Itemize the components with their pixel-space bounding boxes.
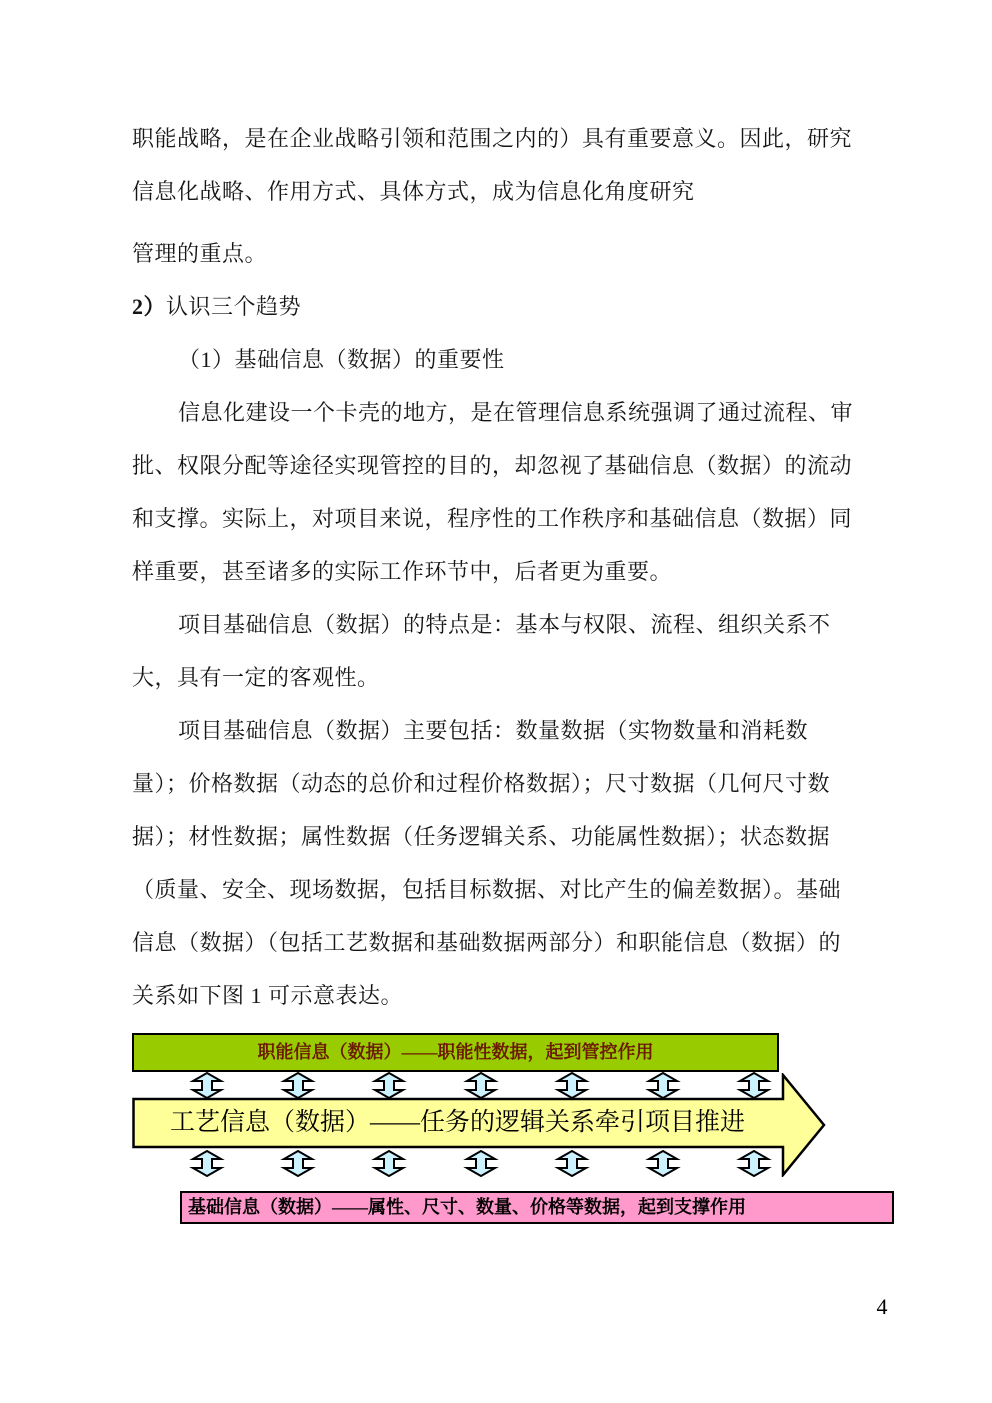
paragraph-line: 职能战略，是在企业战略引领和范围之内的）具有重要意义。因此，研究 [132, 112, 864, 165]
connector-row [189, 1150, 829, 1177]
double-arrow-icon [189, 1150, 225, 1177]
document-page: 职能战略，是在企业战略引领和范围之内的）具有重要意义。因此，研究 信息化战略、作… [0, 0, 992, 1403]
paragraph-line: 项目基础信息（数据）主要包括：数量数据（实物数量和消耗数 [132, 704, 864, 757]
figure-1-diagram: 职能信息（数据）——职能性数据，起到管控作用 工艺信息（数据）——任务的逻辑关系… [132, 1033, 864, 1228]
paragraph-line: 信息化建设一个卡壳的地方，是在管理信息系统强调了通过流程、审 [132, 386, 864, 439]
basic-info-bar: 基础信息（数据）——属性、尺寸、数量、价格等数据，起到支撑作用 [180, 1191, 894, 1224]
paragraph-line: 量）；价格数据（动态的总价和过程价格数据）；尺寸数据（几何尺寸数 [132, 757, 864, 810]
body-text: 职能战略，是在企业战略引领和范围之内的）具有重要意义。因此，研究 信息化战略、作… [132, 112, 864, 1022]
double-arrow-icon [280, 1150, 316, 1177]
paragraph-line: 据）；材性数据；属性数据（任务逻辑关系、功能属性数据）；状态数据 [132, 810, 864, 863]
paragraph-line: 信息化战略、作用方式、具体方式，成为信息化角度研究 [132, 165, 864, 218]
heading-trends: 2）认识三个趋势 [132, 280, 864, 333]
heading-number: 2） [132, 294, 166, 319]
double-arrow-icon [736, 1150, 772, 1177]
double-arrow-icon [371, 1150, 407, 1177]
paragraph-line: 大，具有一定的客观性。 [132, 651, 864, 704]
paragraph-line: 批、权限分配等途径实现管控的目的，却忽视了基础信息（数据）的流动 [132, 439, 864, 492]
paragraph-line: 样重要，甚至诸多的实际工作环节中，后者更为重要。 [132, 545, 864, 598]
paragraph-line: 管理的重点。 [132, 227, 864, 280]
paragraph-line: 项目基础信息（数据）的特点是：基本与权限、流程、组织关系不 [132, 598, 864, 651]
double-arrow-icon [645, 1150, 681, 1177]
paragraph-line: 关系如下图 1 可示意表达。 [132, 969, 864, 1022]
paragraph-line: 信息（数据）（包括工艺数据和基础数据两部分）和职能信息（数据）的 [132, 916, 864, 969]
page-number: 4 [862, 1294, 902, 1320]
double-arrow-icon [463, 1150, 499, 1177]
heading-text: 认识三个趋势 [166, 294, 301, 319]
paragraph-line: （质量、安全、现场数据，包括目标数据、对比产生的偏差数据）。基础 [132, 863, 864, 916]
heading-importance: （1）基础信息（数据）的重要性 [132, 333, 864, 386]
paragraph-line: 和支撑。实际上，对项目来说，程序性的工作秩序和基础信息（数据）同 [132, 492, 864, 545]
process-info-label: 工艺信息（数据）——任务的逻辑关系牵引项目推进 [132, 1099, 783, 1147]
double-arrow-icon [554, 1150, 590, 1177]
functional-info-bar: 职能信息（数据）——职能性数据，起到管控作用 [132, 1033, 779, 1072]
